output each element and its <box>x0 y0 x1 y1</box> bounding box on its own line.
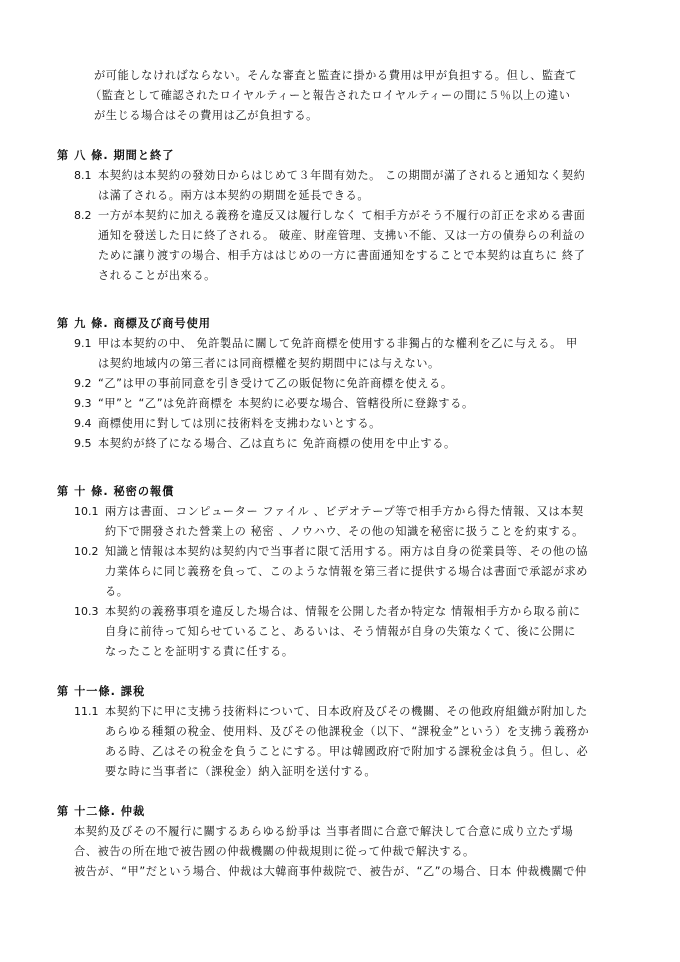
clause-line: “甲”と “乙”は免許商標を 本契約に必要な場合、管轄役所に登錄する。 <box>98 397 474 411</box>
clause-line: 甲は本契約の中、 免許製品に關して免許商標を使用する非獨占的な權利を乙に与える。… <box>98 337 578 351</box>
clause-line: あらゆる種類の稅金、使用料、及びその他課稅金（以下、“課稅金”という）を支拂う義… <box>105 725 589 739</box>
clause-line: は契約地域内の第三者には同商標權を契約期間中には与えない。 <box>98 357 440 371</box>
clause-number: 9.4 <box>74 417 92 431</box>
document-page: が可能しなければならない。そんな審査と監査に掛かる費用は甲が負担する。但し、監査… <box>0 0 680 962</box>
clause-number: 9.1 <box>74 337 92 351</box>
clause-line: ある時、乙はその稅金を負うことにする。甲は韓國政府で附加する課稅金は負う。但し、… <box>105 745 588 759</box>
clause-line: 力業体らに同じ義務を負って、このような情報を第三者に提供する場合は書面で承認が求… <box>105 565 588 579</box>
clause-number: 10.2 <box>74 545 99 559</box>
clause-line: 一方が本契約に加える義務を違反又は履行しなく て相手方がそう不履行の訂正を求める… <box>98 209 585 223</box>
clause-number: 9.5 <box>74 437 92 451</box>
clause-number: 9.3 <box>74 397 92 411</box>
clause-number: 9.2 <box>74 377 92 391</box>
clause-line: 本契約下に甲に支拂う技術料について、日本政府及びその機關、その他政府組織が附加し… <box>105 705 588 719</box>
clause-line: 通知を發送した日に終了される。 破産、財産管理、支拂い不能、又は一方の債券らの利… <box>98 229 585 243</box>
clause-number: 8.1 <box>74 169 92 183</box>
clause-line: る。 <box>105 585 129 599</box>
clause-line: 約下で開發された營業上の 秘密 、ノウハウ、その他の知識を秘密に扱うことを約束す… <box>105 525 584 539</box>
article-heading: 第 十 條. 秘密の報償 <box>57 485 174 499</box>
paragraph-line: 被告が、“甲”だという場合、仲裁は大韓商事仲裁院で、被告が、“乙”の場合、日本 … <box>74 865 587 879</box>
clause-line: 本契約の義務事項を違反した場合は、情報を公開した者か特定な 情報相手方から取る前… <box>105 605 581 619</box>
intro-line: が生じる場合はその費用は乙が負担する。 <box>94 109 318 123</box>
article-heading: 第 八 條. 期間と終了 <box>57 149 174 163</box>
clause-line: は滿了される。兩方は本契約の期間を延長できる。 <box>98 189 369 203</box>
clause-line: なったことを証明する責に任する。 <box>105 645 294 659</box>
clause-line: されることが出來る。 <box>98 269 216 283</box>
clause-number: 11.1 <box>74 705 99 719</box>
clause-line: 本契約が終了になる場合、乙は直ちに 免許商標の使用を中止する。 <box>98 437 456 451</box>
article-heading: 第 九 條. 商標及び商号使用 <box>57 317 211 331</box>
paragraph-line: 合、被告の所在地で被告國の仲裁機關の仲裁規則に從って仲裁で解決する。 <box>74 845 475 859</box>
intro-line: が可能しなければならない。そんな審査と監査に掛かる費用は甲が負担する。但し、監査… <box>94 69 577 83</box>
intro-line: （監査として確認されたロイヤルティーと報告されたロイヤルティーの間に５％以上の違… <box>90 89 571 103</box>
clause-line: 本契約は本契約の發効日からはじめて３年間有効た。 この期間が滿了されると通知なく… <box>98 169 585 183</box>
clause-line: ために讓り渡すの場合、相手方ははじめの一方に書面通知をすることで本契約は直ちに … <box>98 249 585 263</box>
article-heading: 第 十一條. 課稅 <box>57 685 145 699</box>
clause-line: “乙”は甲の事前同意を引き受けて乙の販促物に免許商標を使える。 <box>98 377 453 391</box>
clause-line: 要な時に当事者に（課稅金）納入証明を送付する。 <box>105 765 376 779</box>
clause-line: 知識と情報は本契約は契約内で当事者に限て活用する。兩方は自身の從業員等、その他の… <box>105 545 588 559</box>
clause-number: 10.3 <box>74 605 99 619</box>
clause-line: 自身に前待って知らせていること、あるいは、そう情報が自身の失策なくて、後に公開に <box>105 625 576 639</box>
clause-number: 8.2 <box>74 209 92 223</box>
paragraph-line: 本契約及びその不履行に關するあらゆる紛爭は 当事者間に合意で解決して合意に成り立… <box>74 825 573 839</box>
clause-line: 商標使用に對しては別に技術料を支拂わないとする。 <box>98 417 381 431</box>
clause-line: 兩方は書面、コンピューター ファイル 、ビデオテープ等で相手方から得た情報、又は… <box>105 505 584 519</box>
article-heading: 第 十二條. 仲裁 <box>57 805 145 819</box>
clause-number: 10.1 <box>74 505 99 519</box>
